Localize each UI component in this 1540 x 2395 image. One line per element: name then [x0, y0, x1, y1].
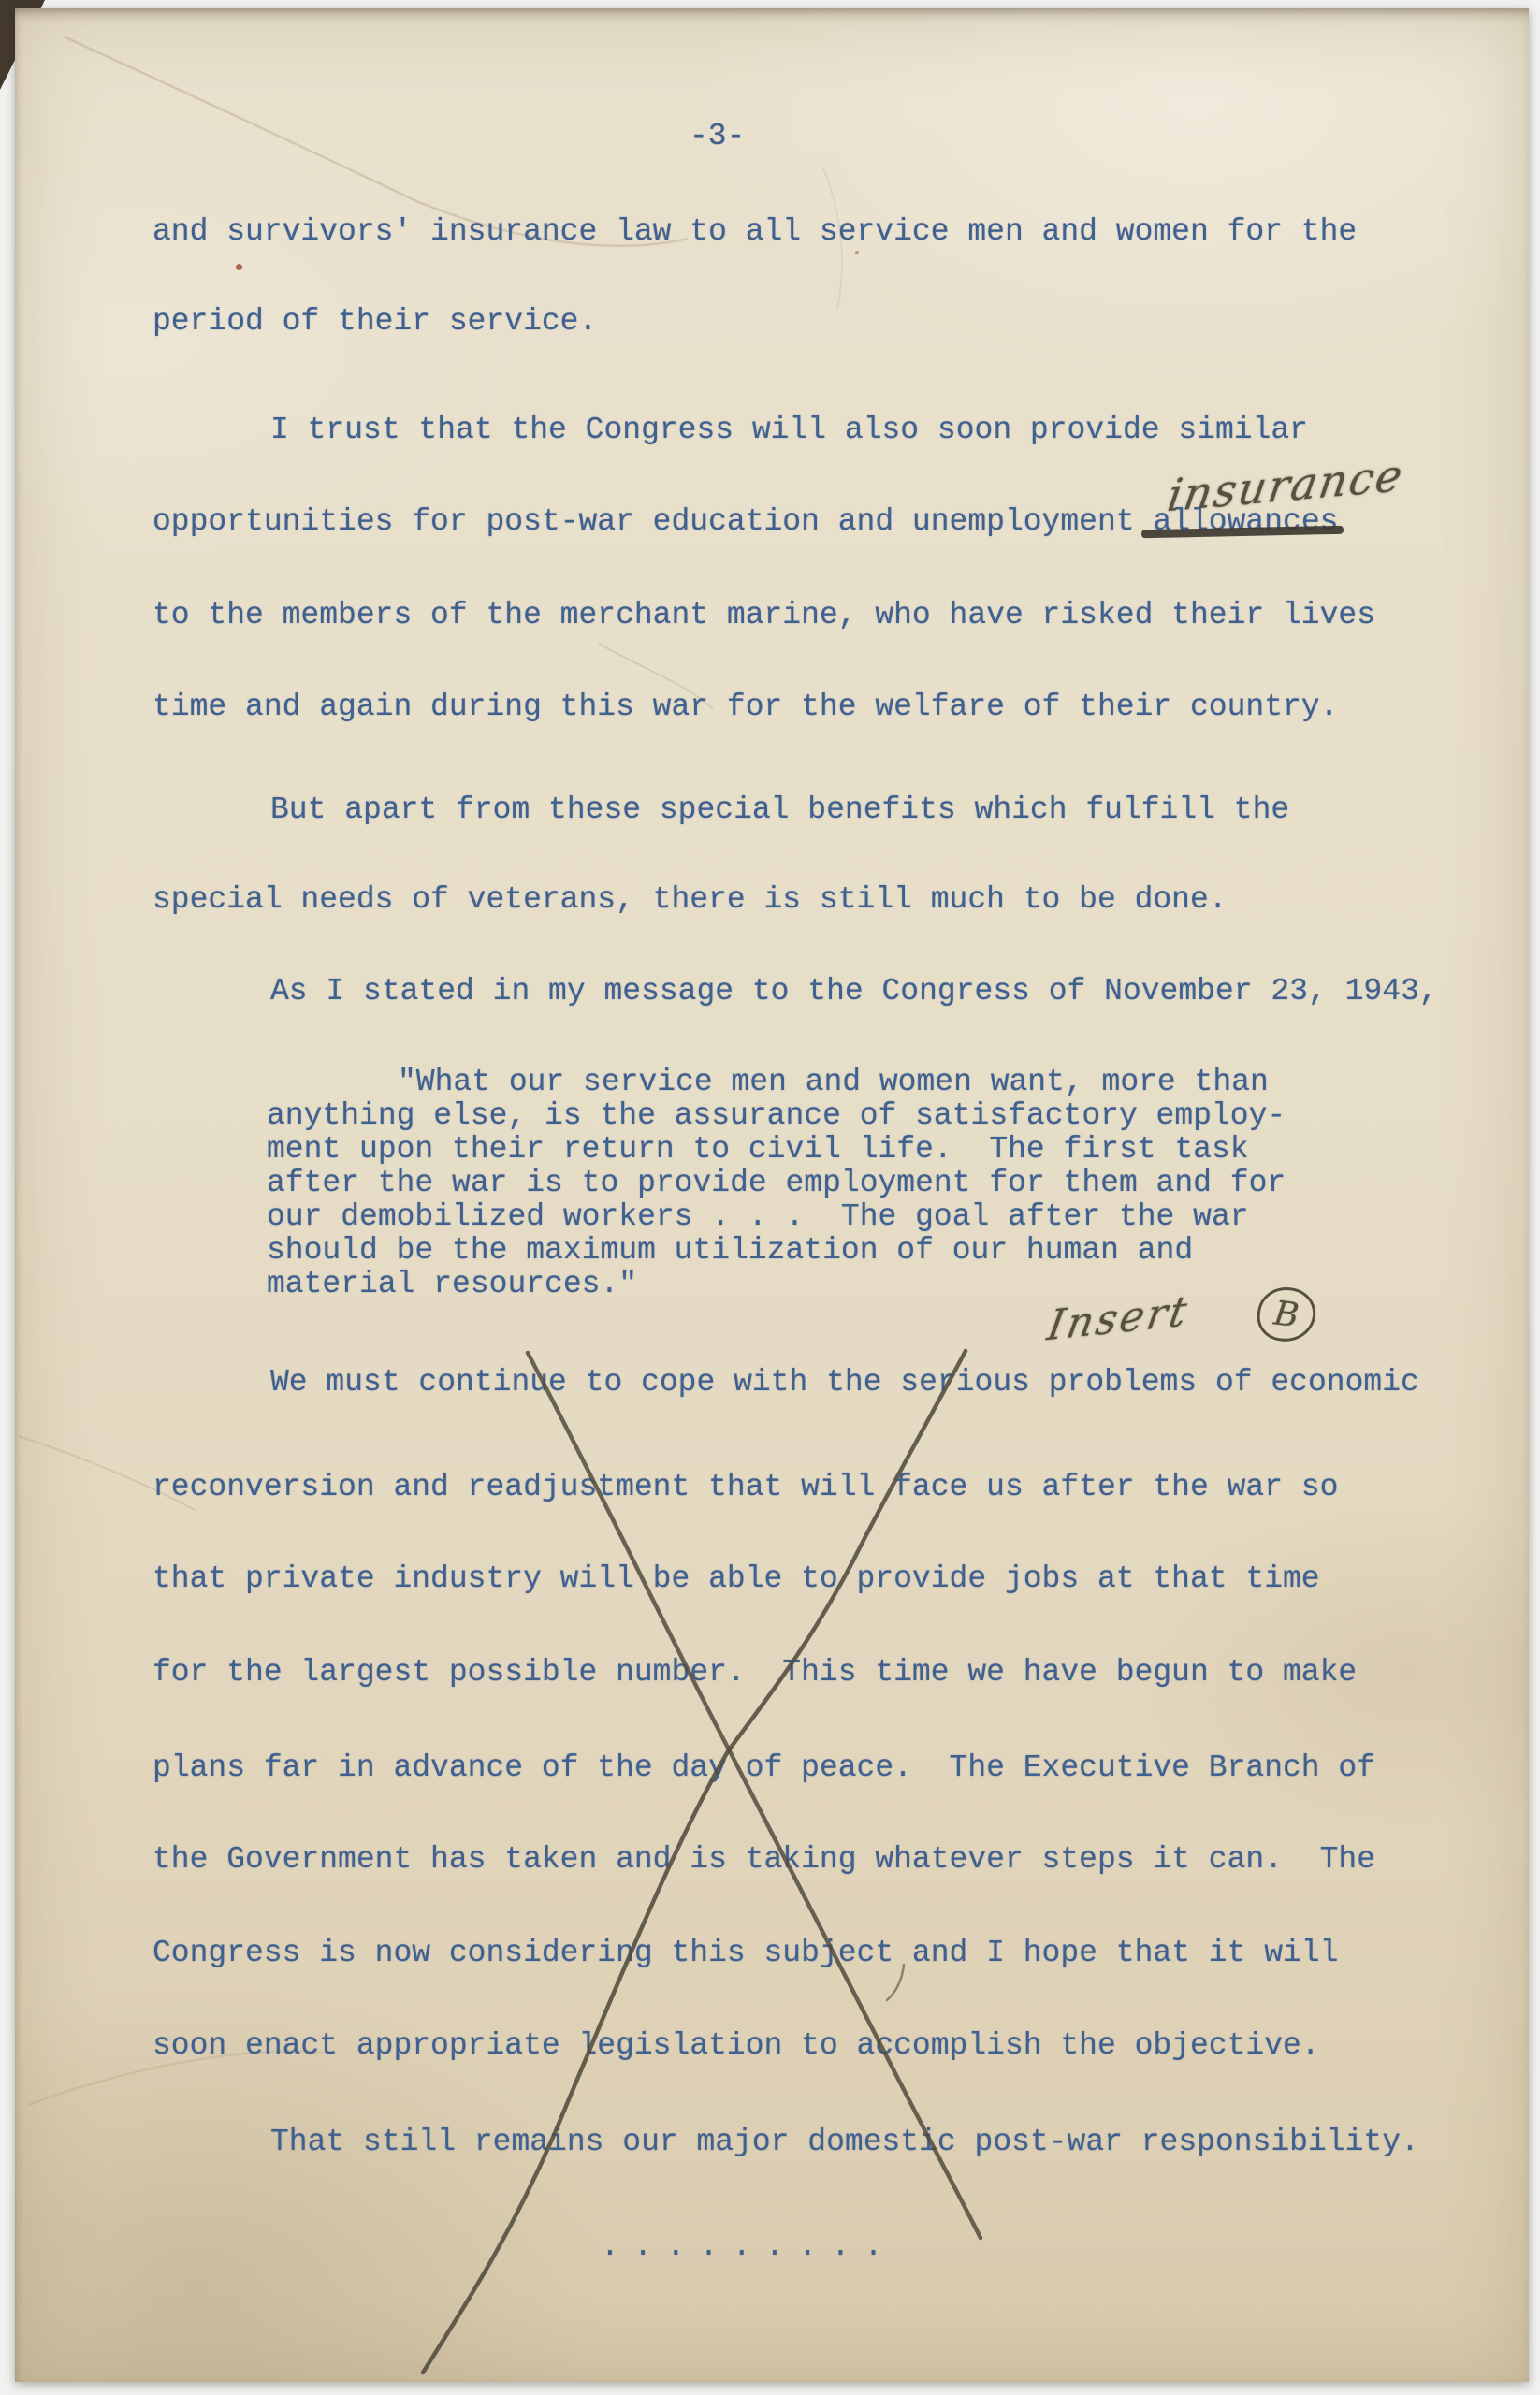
typed-line: to the members of the merchant marine, w… — [153, 599, 1375, 632]
typed-line: period of their service. — [153, 305, 597, 339]
paper-speck — [855, 251, 859, 254]
typed-line: But apart from these special benefits wh… — [270, 793, 1289, 827]
typed-line: That still remains our major domestic po… — [270, 2126, 1419, 2159]
quote-line: ment upon their return to civil life. Th… — [267, 1133, 1249, 1167]
typed-line: We must continue to cope with the seriou… — [270, 1366, 1419, 1400]
typed-line: time and again during this war for the w… — [153, 690, 1338, 724]
typed-line: plans far in advance of the day of peace… — [153, 1751, 1375, 1785]
typed-line: As I stated in my message to the Congres… — [270, 975, 1438, 1009]
typed-line: special needs of veterans, there is stil… — [153, 883, 1228, 917]
typed-line: reconversion and readjustment that will … — [153, 1471, 1338, 1504]
typed-line: and survivors' insurance law to all serv… — [153, 215, 1357, 249]
quote-line: anything else, is the assurance of satis… — [267, 1099, 1286, 1133]
typed-line: I trust that the Congress will also soon… — [270, 414, 1308, 447]
typed-line: for the largest possible number. This ti… — [153, 1656, 1357, 1690]
quote-line: after the war is to provide employment f… — [267, 1167, 1286, 1200]
typed-line: that private industry will be able to pr… — [153, 1562, 1320, 1596]
paper-speck — [236, 264, 242, 270]
quote-line: our demobilized workers . . . The goal a… — [267, 1200, 1249, 1234]
quote-line: should be the maximum utilization of our… — [267, 1234, 1193, 1268]
typed-line: Congress is now considering this subject… — [153, 1937, 1338, 1970]
quote-line: material resources." — [267, 1268, 637, 1301]
typed-line-text: opportunities for post-war education and… — [153, 504, 1135, 539]
document-scan: -3- and survivors' insurance law to all … — [0, 0, 1540, 2395]
quote-line: "What our service men and women want, mo… — [398, 1066, 1269, 1099]
typed-line: opportunities for post-war education and… — [153, 505, 1338, 539]
typed-line: soon enact appropriate legislation to ac… — [153, 2029, 1320, 2063]
dots-separator: . . . . . . . . . — [601, 2230, 880, 2264]
insert-letter: B — [1271, 1294, 1300, 1335]
typed-text-layer: -3- and survivors' insurance law to all … — [0, 0, 1540, 2395]
page-number: -3- — [690, 120, 745, 153]
typed-line: the Government has taken and is taking w… — [153, 1843, 1375, 1877]
